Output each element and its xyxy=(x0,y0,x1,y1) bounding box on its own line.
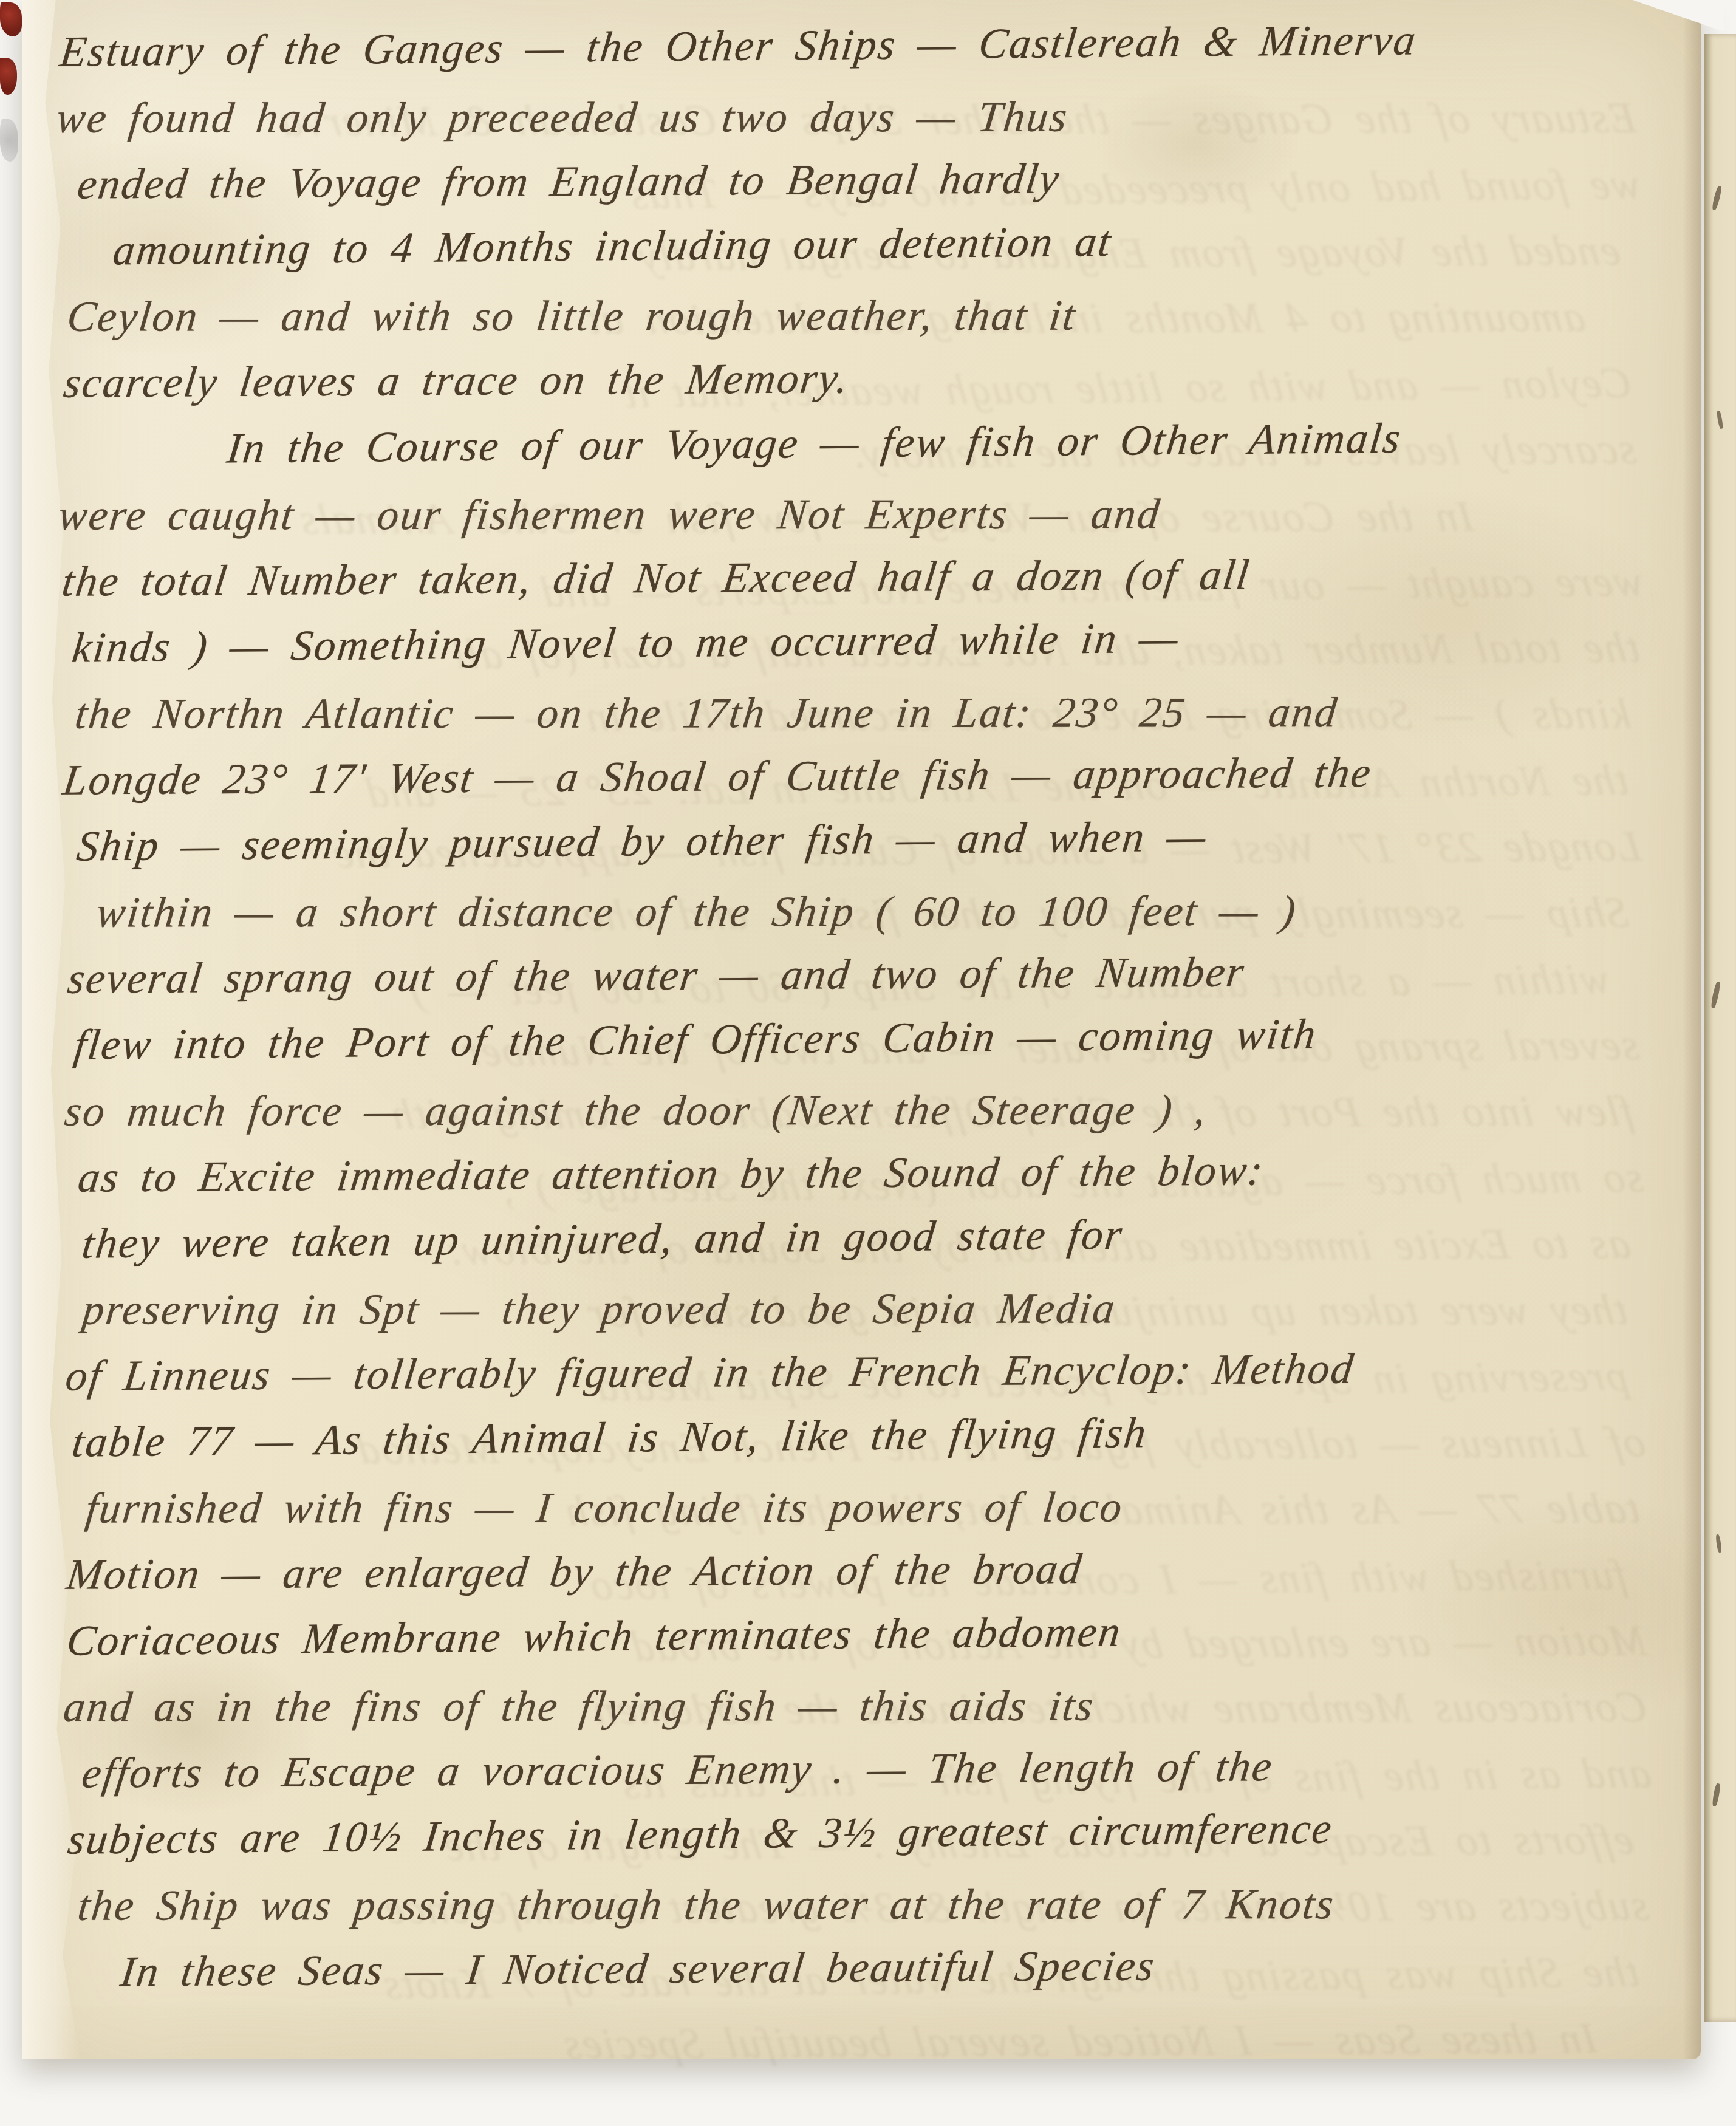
pencil-smudge xyxy=(0,119,18,162)
manuscript-line: In these Seas — I Noticed several beauti… xyxy=(117,1930,1679,2006)
scanned-letter-page: Estuary of the Ganges — the Other Ships … xyxy=(0,0,1736,2126)
manuscript-line: were caught — our fishermen were Not Exp… xyxy=(55,481,1671,549)
edge-ink-fragment xyxy=(1710,982,1721,1009)
manuscript-text: Estuary of the Ganges — the Other Ships … xyxy=(56,12,1675,2006)
manuscript-line: so much force — against the door (Next t… xyxy=(61,1077,1674,1145)
edge-ink-fragment xyxy=(1716,411,1723,429)
manuscript-line: flew into the Port of the Chief Officers… xyxy=(70,999,1675,1079)
edge-ink-fragment xyxy=(1711,186,1722,211)
manuscript-line: the Northn Atlantic — on the 17th June i… xyxy=(72,679,1672,747)
manuscript-line: preserving in Spt — they proved to be Se… xyxy=(79,1275,1675,1343)
manuscript-line: amounting to 4 Months including our dete… xyxy=(109,204,1672,284)
manuscript-line: subjects are 10½ Inches in length & 3½ g… xyxy=(64,1793,1679,1873)
wax-mark xyxy=(0,58,17,95)
manuscript-line: Estuary of the Ganges — the Other Ships … xyxy=(56,5,1671,86)
ink-showthrough-line: In these Seas — I Noticed several beauti… xyxy=(0,2006,1602,2081)
manuscript-line: Coriaceous Membrane which terminates the… xyxy=(63,1594,1678,1675)
manuscript-line: they were taken up uninjured, and in goo… xyxy=(78,1197,1676,1277)
manuscript-line: furnished with fins — I conclude its pow… xyxy=(83,1474,1676,1542)
page-fold-shadow xyxy=(1683,0,1701,2059)
manuscript-line: Ship — seemingly pursued by other fish —… xyxy=(73,800,1675,880)
manuscript-line: and as in the fins of the flying fish — … xyxy=(60,1673,1676,1741)
paper-sheet: Estuary of the Ganges — the Other Ships … xyxy=(22,0,1701,2059)
wax-mark xyxy=(0,2,22,36)
manuscript-line: Ceylon — and with so little rough weathe… xyxy=(64,282,1670,350)
manuscript-line: table 77 — As this Animal is Not, like t… xyxy=(69,1396,1677,1476)
adjacent-page-sliver xyxy=(1704,34,1736,2022)
manuscript-line: In the Course of our Voyage — few fish o… xyxy=(224,403,1673,482)
manuscript-line: the Ship was passing through the water a… xyxy=(74,1871,1677,1939)
edge-ink-fragment xyxy=(1712,1783,1721,1807)
manuscript-line: kinds ) — Something Novel to me occurred… xyxy=(69,601,1673,682)
manuscript-line: within — a short distance of the Ship ( … xyxy=(93,878,1673,946)
manuscript-line: we found had only preceeded us two days … xyxy=(53,84,1670,152)
edge-ink-fragment xyxy=(1715,1534,1722,1553)
